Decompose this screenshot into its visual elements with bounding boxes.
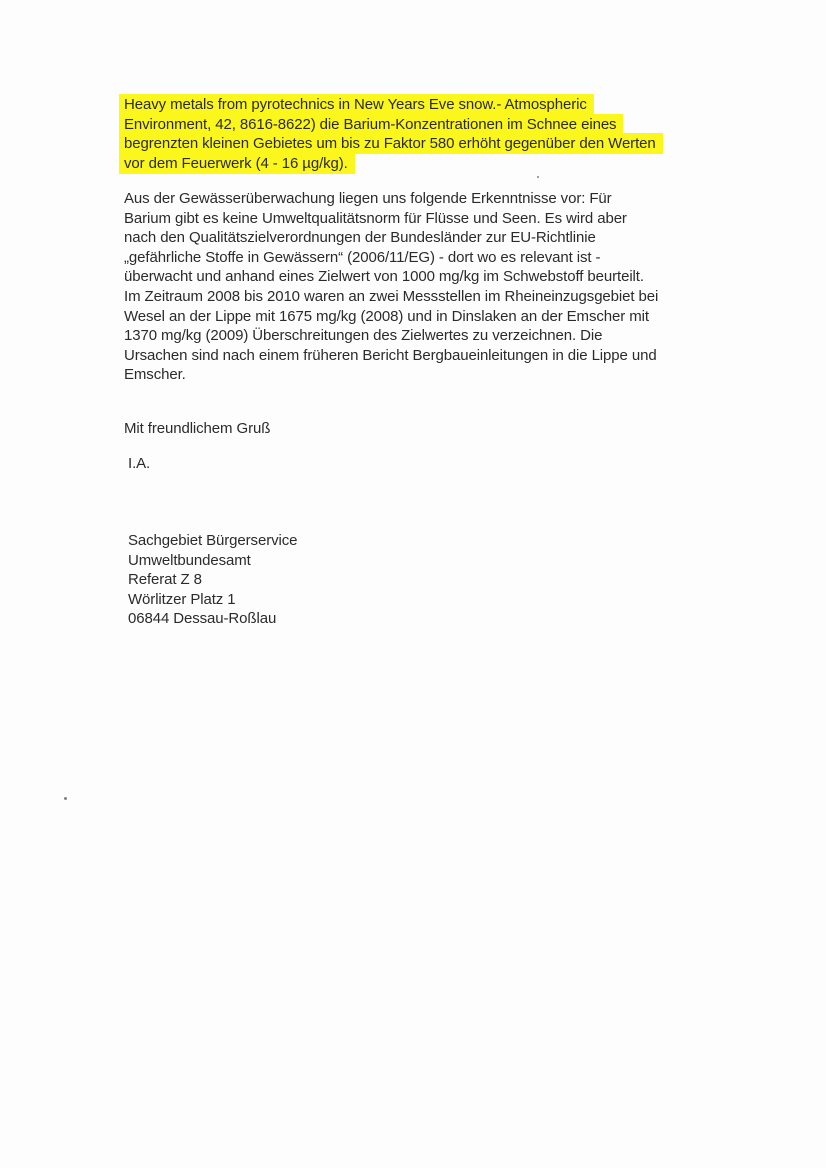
highlighted-line: vor dem Feuerwerk (4 - 16 µg/kg). [124, 154, 662, 174]
sender-address: Sachgebiet Bürgerservice Umweltbundesamt… [128, 531, 297, 629]
paragraph-line: Emscher. [124, 365, 658, 385]
highlighted-citation-paragraph: Heavy metals from pyrotechnics in New Ye… [124, 95, 662, 173]
closing-greeting: Mit freundlichem Gruß [124, 419, 270, 439]
scanned-letter-page: Heavy metals from pyrotechnics in New Ye… [0, 0, 826, 1168]
scan-speck [64, 797, 67, 800]
address-line: Umweltbundesamt [128, 551, 297, 571]
highlighted-line: Heavy metals from pyrotechnics in New Ye… [124, 95, 662, 115]
signature-prefix: I.A. [128, 454, 150, 474]
paragraph-line: Im Zeitraum 2008 bis 2010 waren an zwei … [124, 287, 658, 307]
paragraph-line: Wesel an der Lippe mit 1675 mg/kg (2008)… [124, 307, 658, 327]
address-line: 06844 Dessau-Roßlau [128, 609, 297, 629]
paragraph-line: Barium gibt es keine Umweltqualitätsnorm… [124, 209, 658, 229]
paragraph-line: Aus der Gewässerüberwachung liegen uns f… [124, 189, 658, 209]
paragraph-line: nach den Qualitätszielverordnungen der B… [124, 228, 658, 248]
address-line: Referat Z 8 [128, 570, 297, 590]
paragraph-line: überwacht und anhand eines Zielwert von … [124, 267, 658, 287]
paragraph-line: Ursachen sind nach einem früheren Berich… [124, 346, 658, 366]
water-monitoring-paragraph: Aus der Gewässerüberwachung liegen uns f… [124, 189, 658, 385]
address-line: Wörlitzer Platz 1 [128, 590, 297, 610]
paragraph-line: „gefährliche Stoffe in Gewässern“ (2006/… [124, 248, 658, 268]
address-line: Sachgebiet Bürgerservice [128, 531, 297, 551]
scan-speck [537, 176, 539, 178]
highlighted-line: Environment, 42, 8616-8622) die Barium-K… [124, 115, 662, 135]
paragraph-line: 1370 mg/kg (2009) Überschreitungen des Z… [124, 326, 658, 346]
highlighted-line: begrenzten kleinen Gebietes um bis zu Fa… [124, 134, 662, 154]
